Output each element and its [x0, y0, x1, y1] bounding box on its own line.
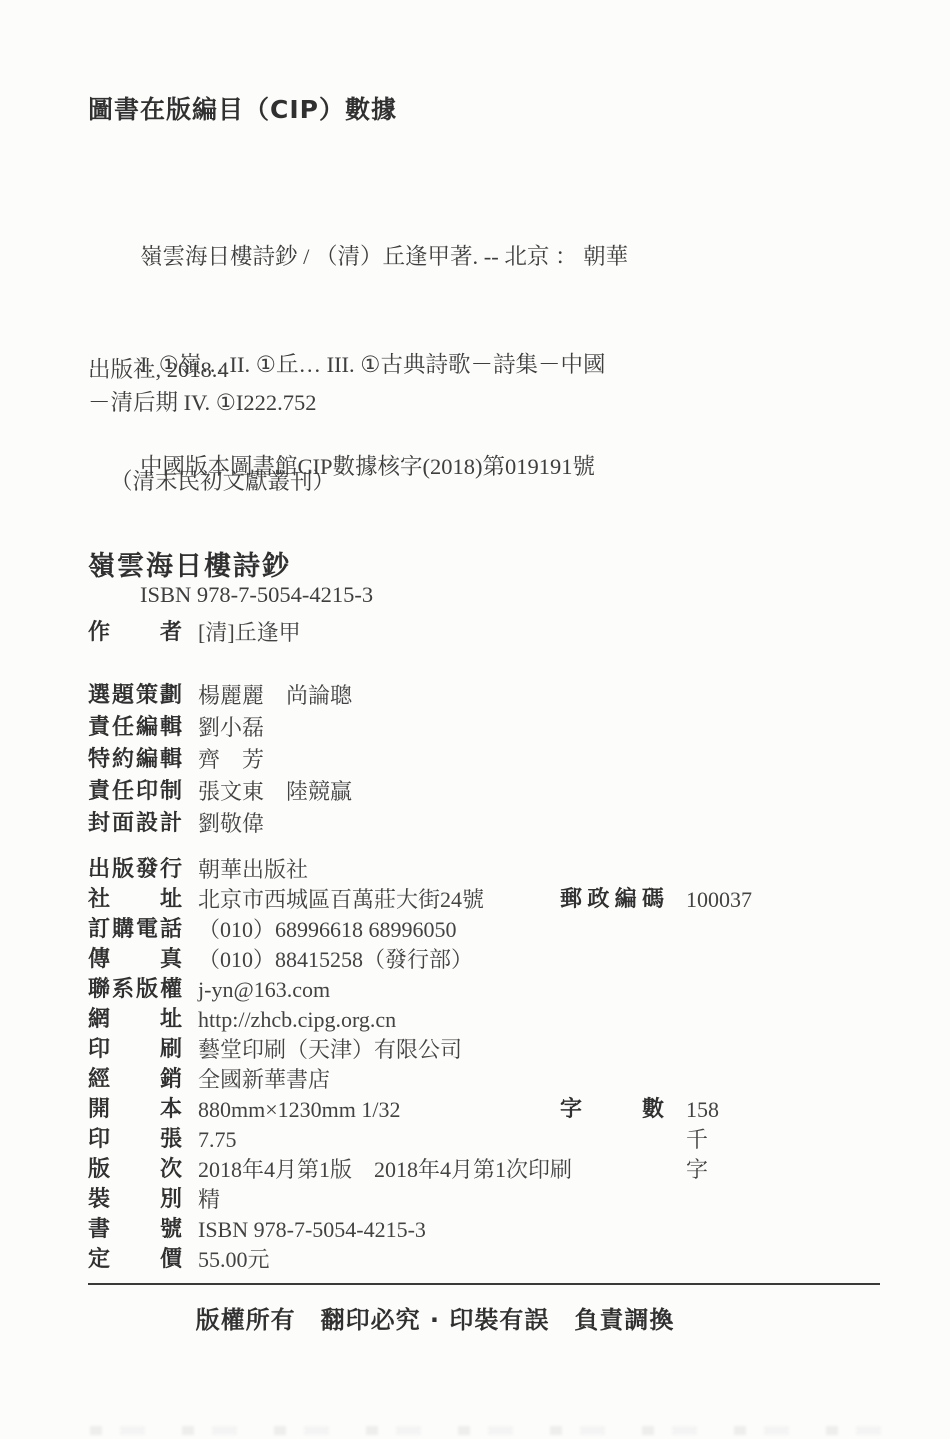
publication-value: j-yn@163.com [198, 975, 330, 1005]
author-label: 作者 [88, 618, 182, 648]
publication-row: 書號 ISBN 978-7-5054-4215-3 [88, 1215, 572, 1245]
publication-row: 社址 北京市西城區百萬莊大街24號 郵政編碼 100037 [88, 885, 572, 915]
publication-label: 印刷 [88, 1035, 182, 1065]
publication-label: 經銷 [88, 1065, 182, 1095]
publication-value: 全國新華書店 [198, 1065, 330, 1095]
divider-rule [88, 1283, 880, 1285]
credit-value: 齊 芳 [198, 744, 264, 776]
publication-value: 藝堂印刷（天津）有限公司 [198, 1035, 462, 1065]
publication-block: 出版發行 朝華出版社 社址 北京市西城區百萬莊大街24號 郵政編碼 100037… [88, 855, 572, 1275]
credit-row: 選題策劃 楊麗麗 尚論聰 [88, 680, 352, 712]
credits-block: 選題策劃 楊麗麗 尚論聰 責任編輯 劉小磊 特約編輯 齊 芳 責任印制 張文東 … [88, 680, 352, 840]
publication-label: 傳真 [88, 945, 182, 975]
publication-value: 北京市西城區百萬莊大街24號 [198, 885, 484, 915]
credit-label: 責任印制 [88, 776, 182, 808]
copyright-page: 圖書在版編目（CIP）數據 嶺雲海日樓詩鈔 / （清）丘逢甲著. -- 北京 ：… [0, 0, 950, 1439]
publication-row: 聯系版權 j-yn@163.com [88, 975, 572, 1005]
credit-value: 劉敬偉 [198, 808, 264, 840]
publication-row: 傳真 （010）88415258（發行部） [88, 945, 572, 975]
classification-line1: I. ①嶺… II. ①丘… III. ①古典詩歌－詩集－中國 [88, 346, 808, 384]
book-title: 嶺雲海日樓詩鈔 [88, 544, 291, 583]
publication-label: 印張 [88, 1125, 182, 1155]
postal-code-value: 100037 [686, 885, 752, 915]
credit-value: 張文東 陸競贏 [198, 776, 352, 808]
publication-label: 社址 [88, 885, 182, 915]
publication-label: 網址 [88, 1005, 182, 1035]
publication-value: 55.00元 [198, 1245, 270, 1275]
publication-value: 7.75 [198, 1125, 237, 1155]
postal-code-pair: 郵政編碼 100037 [560, 885, 752, 915]
credit-label: 特約編輯 [88, 744, 182, 776]
publication-row: 定價 55.00元 [88, 1245, 572, 1275]
credit-row: 責任印制 張文東 陸競贏 [88, 776, 352, 808]
cip-entry-line1: 嶺雲海日樓詩鈔 / （清）丘逢甲著. -- 北京 ： 朝華 [88, 238, 808, 276]
credit-value: 楊麗麗 尚論聰 [198, 680, 352, 712]
scan-artifact [90, 1426, 890, 1435]
publication-row: 版次 2018年4月第1版 2018年4月第1次印刷 [88, 1155, 572, 1185]
author-value: [清]丘逢甲 [198, 618, 301, 648]
publication-label: 定價 [88, 1245, 182, 1275]
copyright-notice: 版權所有 翻印必究 · 印裝有誤 負責調換 [0, 1300, 870, 1335]
publication-value: （010）68996618 68996050 [198, 915, 457, 945]
publication-label: 版次 [88, 1155, 182, 1185]
publication-value: （010）88415258（發行部） [198, 945, 473, 975]
credit-row: 封面設計 劉敬偉 [88, 808, 352, 840]
publication-value: 精 [198, 1185, 220, 1215]
publication-label: 書號 [88, 1215, 182, 1245]
publication-row: 印張 7.75 [88, 1125, 572, 1155]
publication-row: 開本 880mm×1230mm 1/32 字數 158千字 [88, 1095, 572, 1125]
cip-entry-block: 嶺雲海日樓詩鈔 / （清）丘逢甲著. -- 北京 ： 朝華 出版社, 2018.… [88, 163, 808, 688]
cip-record-number: 中國版本圖書館CIP數據核字(2018)第019191號 [88, 449, 848, 481]
author-row: 作者 [清]丘逢甲 [88, 618, 950, 648]
word-count-label: 字數 [560, 1095, 664, 1185]
publication-label: 聯系版權 [88, 975, 182, 1005]
publication-label: 開本 [88, 1095, 182, 1125]
cip-heading: 圖書在版編目（CIP）數據 [88, 90, 397, 126]
publication-value: ISBN 978-7-5054-4215-3 [198, 1215, 426, 1245]
postal-code-label: 郵政編碼 [560, 885, 664, 915]
credit-label: 責任編輯 [88, 712, 182, 744]
publication-row: 出版發行 朝華出版社 [88, 855, 572, 885]
publication-row: 印刷 藝堂印刷（天津）有限公司 [88, 1035, 572, 1065]
publication-label: 裝別 [88, 1185, 182, 1215]
publication-row: 經銷 全國新華書店 [88, 1065, 572, 1095]
credit-label: 選題策劃 [88, 680, 182, 712]
word-count-pair: 字數 158千字 [560, 1095, 719, 1185]
publication-row: 訂購電話 （010）68996618 68996050 [88, 915, 572, 945]
credit-label: 封面設計 [88, 808, 182, 840]
cip-classification-block: I. ①嶺… II. ①丘… III. ①古典詩歌－詩集－中國 －清后期 IV.… [88, 346, 808, 421]
publication-label: 出版發行 [88, 855, 182, 885]
credit-value: 劉小磊 [198, 712, 264, 744]
publication-value: 880mm×1230mm 1/32 [198, 1095, 400, 1125]
publication-value: 朝華出版社 [198, 855, 308, 885]
classification-line2: －清后期 IV. ①I222.752 [88, 384, 808, 422]
publication-row: 網址 http://zhcb.cipg.org.cn [88, 1005, 572, 1035]
publication-value: 2018年4月第1版 2018年4月第1次印刷 [198, 1155, 572, 1185]
credit-row: 責任編輯 劉小磊 [88, 712, 352, 744]
publication-label: 訂購電話 [88, 915, 182, 945]
word-count-value: 158千字 [686, 1095, 719, 1185]
publication-value: http://zhcb.cipg.org.cn [198, 1005, 396, 1035]
publication-row: 裝別 精 [88, 1185, 572, 1215]
credit-row: 特約編輯 齊 芳 [88, 744, 352, 776]
